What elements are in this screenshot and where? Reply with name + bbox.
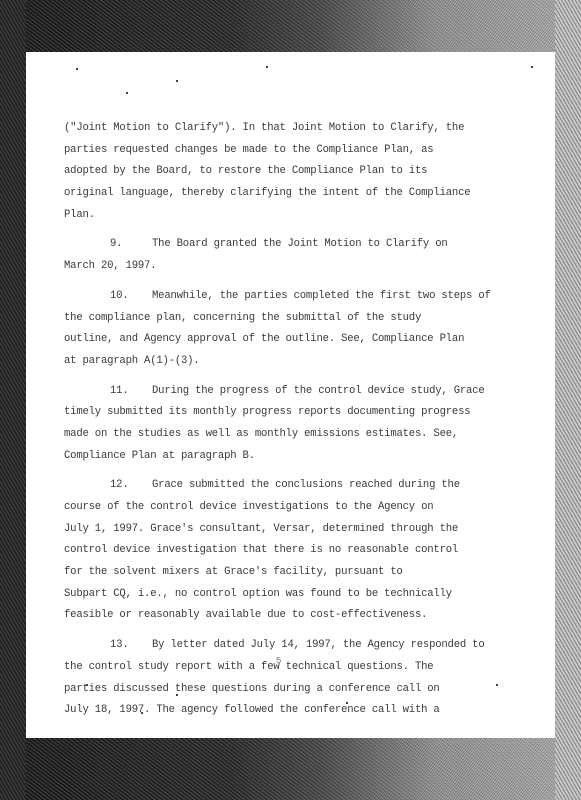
paragraph-number: 12. — [110, 475, 152, 497]
text-line: March 20, 1997. — [64, 256, 494, 278]
scan-border-right — [555, 0, 581, 800]
text-line: ("Joint Motion to Clarify"). In that Joi… — [64, 118, 494, 140]
text-line: original language, thereby clarifying th… — [64, 183, 494, 205]
text-line: By letter dated July 14, 1997, the Agenc… — [152, 639, 485, 651]
text-line: parties requested changes be made to the… — [64, 140, 494, 162]
paragraph-10: 10.Meanwhile, the parties completed the … — [64, 286, 494, 373]
text-line: July 1, 1997. Grace's consultant, Versar… — [64, 519, 494, 541]
paragraph-number: 13. — [110, 635, 152, 657]
scan-speck — [76, 68, 78, 70]
paragraph-number: 11. — [110, 381, 152, 403]
text-line: feasible or reasonably available due to … — [64, 605, 494, 627]
text-line: Compliance Plan at paragraph B. — [64, 446, 494, 468]
scan-speck — [126, 92, 128, 94]
text-line: Subpart CQ, i.e., no control option was … — [64, 584, 494, 606]
paragraph-number: 9. — [110, 234, 152, 256]
paragraph-12: 12.Grace submitted the conclusions reach… — [64, 475, 494, 627]
scan-border-left — [0, 0, 26, 800]
paragraph-number: 10. — [110, 286, 152, 308]
text-line: course of the control device investigati… — [64, 497, 494, 519]
paragraph-13: 13.By letter dated July 14, 1997, the Ag… — [64, 635, 494, 722]
text-line: outline, and Agency approval of the outl… — [64, 329, 494, 351]
text-line: for the solvent mixers at Grace's facili… — [64, 562, 494, 584]
text-line: the compliance plan, concerning the subm… — [64, 308, 494, 330]
scan-speck — [266, 66, 268, 68]
text-line: Meanwhile, the parties completed the fir… — [152, 290, 491, 302]
text-line: at paragraph A(1)-(3). — [64, 351, 494, 373]
paragraph-continuation: ("Joint Motion to Clarify"). In that Joi… — [64, 118, 494, 226]
text-line: Plan. — [64, 205, 494, 227]
document-body: ("Joint Motion to Clarify"). In that Joi… — [64, 118, 494, 722]
text-line: During the progress of the control devic… — [152, 385, 485, 397]
scan-speck — [176, 80, 178, 82]
text-line: adopted by the Board, to restore the Com… — [64, 161, 494, 183]
text-line: Grace submitted the conclusions reached … — [152, 479, 460, 491]
text-line: made on the studies as well as monthly e… — [64, 424, 494, 446]
text-line: parties discussed these questions during… — [64, 679, 494, 701]
paragraph-11: 11.During the progress of the control de… — [64, 381, 494, 468]
page-number: 5 — [276, 656, 281, 666]
text-line: The Board granted the Joint Motion to Cl… — [152, 238, 448, 250]
text-line: control device investigation that there … — [64, 540, 494, 562]
scan-speck — [496, 684, 498, 686]
paragraph-9: 9.The Board granted the Joint Motion to … — [64, 234, 494, 277]
scan-speck — [531, 66, 533, 68]
text-line: July 18, 1997. The agency followed the c… — [64, 700, 494, 722]
text-line: timely submitted its monthly progress re… — [64, 402, 494, 424]
